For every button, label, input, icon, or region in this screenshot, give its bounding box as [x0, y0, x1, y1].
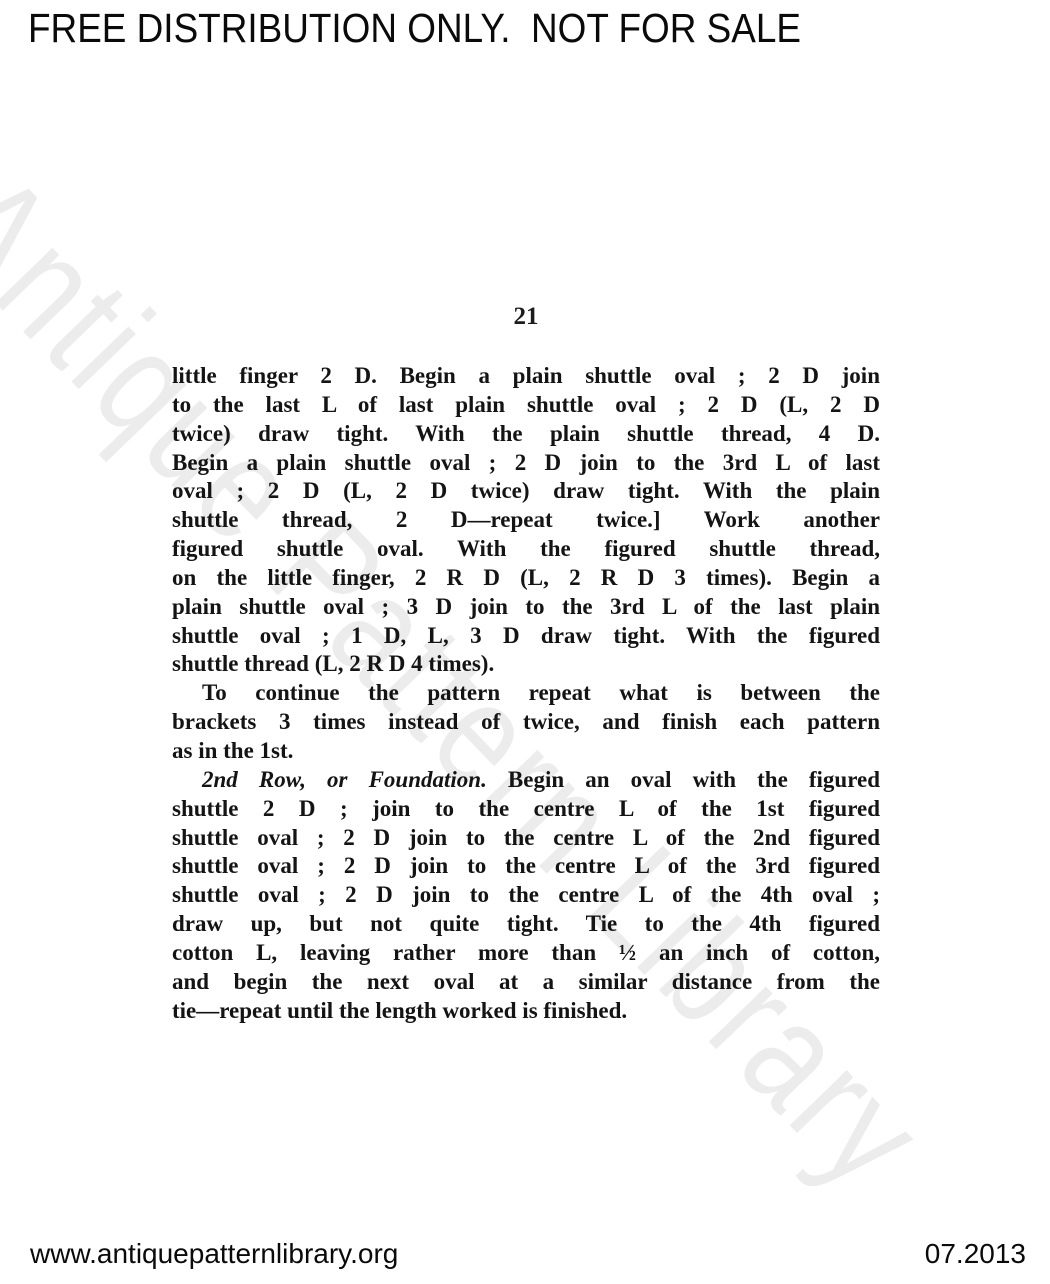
paragraph: 2nd Row, or Foundation. Begin an oval wi…	[172, 766, 880, 1026]
text-line: brackets 3 times instead of twice, and f…	[172, 708, 880, 737]
paragraph: To continue the pattern repeat what is b…	[172, 679, 880, 766]
footer-date: 07.2013	[925, 1238, 1026, 1270]
text-line: shuttle oval ; 2 D join to the centre L …	[172, 824, 880, 853]
text-line: shuttle oval ; 1 D, L, 3 D draw tight. W…	[172, 622, 880, 651]
italic-lead: 2nd Row, or Foundation.	[202, 767, 487, 792]
text-line: shuttle oval ; 2 D join to the centre L …	[172, 852, 880, 881]
text-line: shuttle thread, 2 D—repeat twice.] Work …	[172, 506, 880, 535]
text-line: as in the 1st.	[172, 737, 880, 766]
text-line: on the little finger, 2 R D (L, 2 R D 3 …	[172, 564, 880, 593]
text-line: draw up, but not quite tight. Tie to the…	[172, 910, 880, 939]
text-line: shuttle 2 D ; join to the centre L of th…	[172, 795, 880, 824]
text-line: shuttle thread (L, 2 R D 4 times).	[172, 650, 880, 679]
footer-url: www.antiquepatternlibrary.org	[30, 1238, 398, 1270]
text-line: to the last L of last plain shuttle oval…	[172, 391, 880, 420]
text-line: and begin the next oval at a similar dis…	[172, 968, 880, 997]
distribution-banner: FREE DISTRIBUTION ONLY. NOT FOR SALE	[28, 5, 801, 52]
text-line: twice) draw tight. With the plain shuttl…	[172, 420, 880, 449]
text-line: 2nd Row, or Foundation. Begin an oval wi…	[172, 766, 880, 795]
text-line: cotton L, leaving rather more than ½ an …	[172, 939, 880, 968]
page-number: 21	[172, 303, 880, 331]
text-line: To continue the pattern repeat what is b…	[172, 679, 880, 708]
text-line: oval ; 2 D (L, 2 D twice) draw tight. Wi…	[172, 477, 880, 506]
paragraph: little finger 2 D. Begin a plain shuttle…	[172, 362, 880, 679]
text-line: plain shuttle oval ; 3 D join to the 3rd…	[172, 593, 880, 622]
text-line: figured shuttle oval. With the figured s…	[172, 535, 880, 564]
text-line: shuttle oval ; 2 D join to the centre L …	[172, 881, 880, 910]
text-line: tie—repeat until the length worked is fi…	[172, 997, 880, 1026]
text-line: Begin a plain shuttle oval ; 2 D join to…	[172, 449, 880, 478]
body-text: little finger 2 D. Begin a plain shuttle…	[172, 362, 880, 1025]
text-line: little finger 2 D. Begin a plain shuttle…	[172, 362, 880, 391]
